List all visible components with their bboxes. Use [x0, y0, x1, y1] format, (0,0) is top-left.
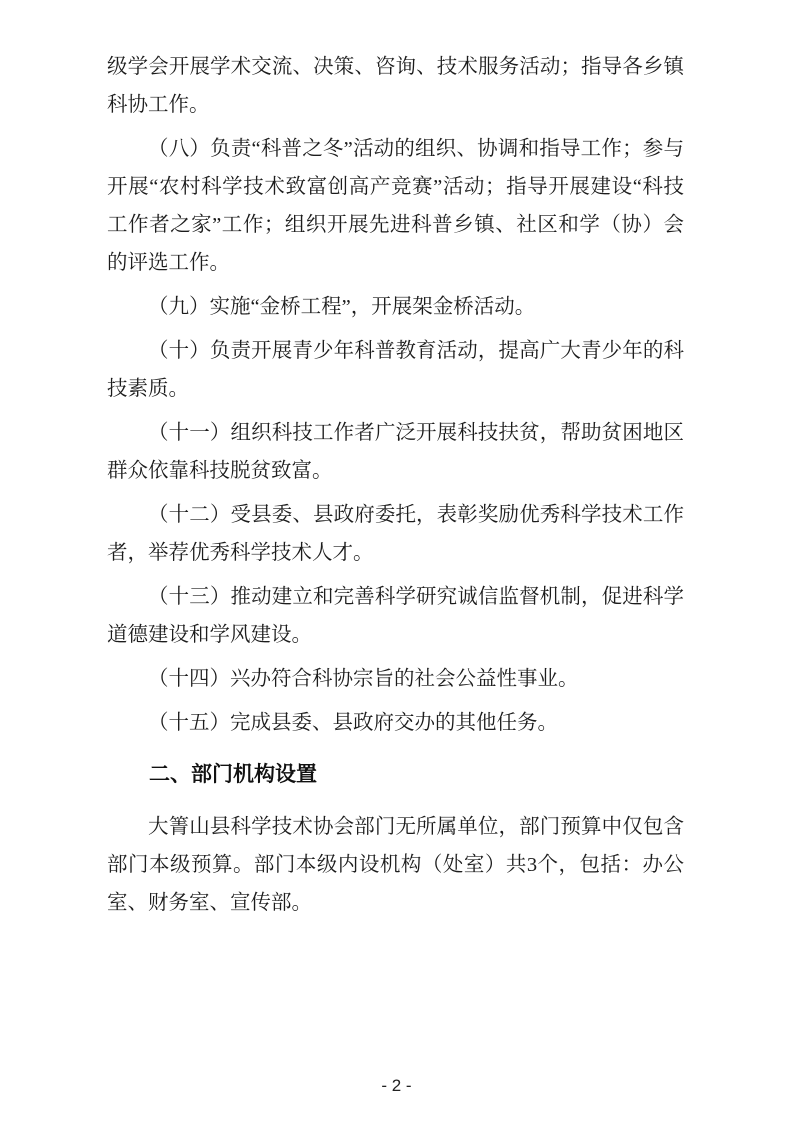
paragraph-item-13: （十三）推动建立和完善科学研究诚信监督机制，促进科学道德建设和学风建设。 [107, 578, 684, 654]
paragraph-item-11: （十一）组织科技工作者广泛开展科技扶贫，帮助贫困地区群众依靠科技脱贫致富。 [107, 414, 684, 490]
paragraph-section-body: 大箐山县科学技术协会部门无所属单位，部门预算中仅包含部门本级预算。部门本级内设机… [107, 808, 684, 922]
paragraph-continuation: 级学会开展学术交流、决策、咨询、技术服务活动；指导各乡镇科协工作。 [107, 48, 684, 124]
page-footer: - 2 - [0, 1076, 793, 1096]
section-heading: 二、部门机构设置 [107, 756, 684, 794]
page-number: - 2 - [381, 1076, 411, 1095]
document-page: 级学会开展学术交流、决策、咨询、技术服务活动；指导各乡镇科协工作。 （八）负责“… [0, 0, 793, 1122]
paragraph-item-12: （十二）受县委、县政府委托，表彰奖励优秀科学技术工作者，举荐优秀科学技术人才。 [107, 496, 684, 572]
paragraph-item-9: （九）实施“金桥工程”，开展架金桥活动。 [107, 288, 684, 326]
paragraph-item-14: （十四）兴办符合科协宗旨的社会公益性事业。 [107, 660, 684, 698]
paragraph-item-15: （十五）完成县委、县政府交办的其他任务。 [107, 704, 684, 742]
paragraph-item-10: （十）负责开展青少年科普教育活动，提高广大青少年的科技素质。 [107, 332, 684, 408]
document-body: 级学会开展学术交流、决策、咨询、技术服务活动；指导各乡镇科协工作。 （八）负责“… [107, 48, 684, 928]
paragraph-item-8: （八）负责“科普之冬”活动的组织、协调和指导工作；参与开展“农村科学技术致富创高… [107, 130, 684, 282]
